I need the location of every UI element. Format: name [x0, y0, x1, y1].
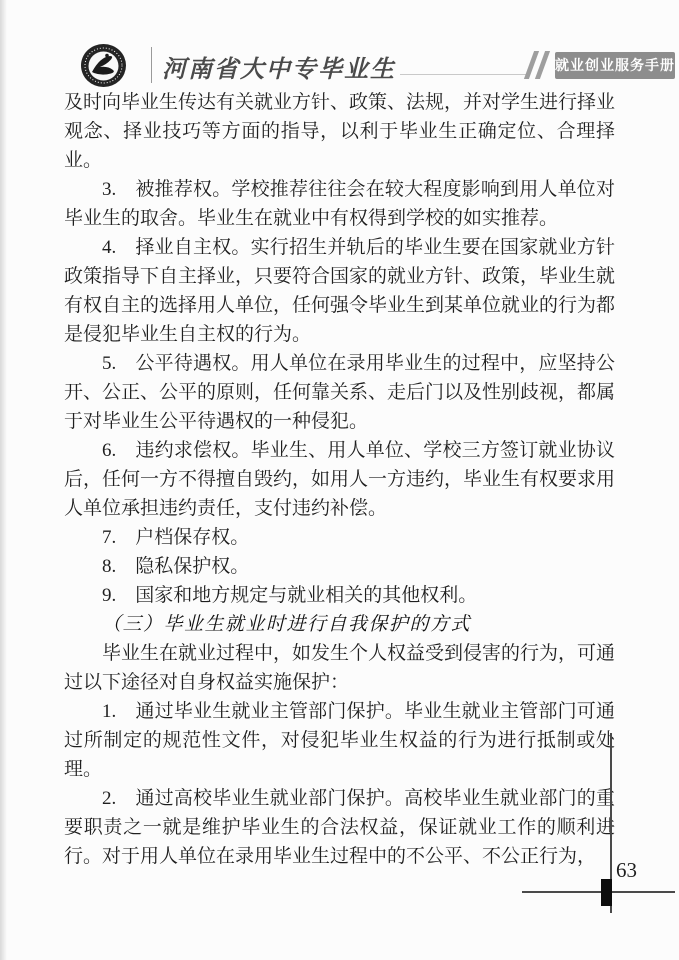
list-item-6: 6. 违约求偿权。毕业生、用人单位、学校三方签订就业协议后，任何一方不得擅自毁约…	[64, 436, 615, 523]
school-emblem-icon	[80, 42, 127, 89]
list-item-9: 9. 国家和地方规定与就业相关的其他权利。	[64, 581, 615, 610]
document-page: 河南省大中专毕业生 就业创业服务手册 及时向毕业生传达有关就业方针、政策、法规，…	[0, 0, 679, 960]
page-header: 河南省大中专毕业生 就业创业服务手册	[0, 0, 679, 95]
paragraph-intro: 毕业生在就业过程中，如发生个人权益受到侵害的行为，可通过以下途径对自身权益实施保…	[64, 639, 615, 697]
list-item-4: 4. 择业自主权。实行招生并轨后的毕业生要在国家就业方针政策指导下自主择业，只要…	[64, 233, 615, 349]
scan-edge-shadow	[0, 0, 7, 960]
body-text: 及时向毕业生传达有关就业方针、政策、法规，并对学生进行择业观念、择业技巧等方面的…	[64, 88, 615, 871]
list-item-8: 8. 隐私保护权。	[64, 552, 615, 581]
page-number-tick	[601, 879, 612, 906]
list-item-1: 1. 通过毕业生就业主管部门保护。毕业生就业主管部门可通过所制定的规范性文件，对…	[64, 697, 615, 784]
list-item-5: 5. 公平待遇权。用人单位在录用毕业生的过程中，应坚持公开、公正、公平的原则，任…	[64, 349, 615, 436]
list-item-7: 7. 户档保存权。	[64, 523, 615, 552]
list-item-3: 3. 被推荐权。学校推荐往往会在较大程度影响到用人单位对毕业生的取舍。毕业生在就…	[64, 175, 615, 233]
brand-title: 河南省大中专毕业生	[162, 49, 396, 84]
list-item-2: 2. 通过高校毕业生就业部门保护。高校毕业生就业部门的重要职责之一就是维护毕业生…	[64, 784, 615, 871]
header-rule-line	[400, 74, 527, 75]
page-number: 63	[616, 858, 637, 883]
header-separator	[151, 47, 152, 83]
handbook-badge: 就业创业服务手册	[555, 52, 675, 79]
footer-rule-horizontal	[522, 891, 675, 893]
section-heading: （三）毕业生就业时进行自我保护的方式	[64, 610, 615, 639]
paragraph-continuation: 及时向毕业生传达有关就业方针、政策、法规，并对学生进行择业观念、择业技巧等方面的…	[64, 88, 615, 175]
